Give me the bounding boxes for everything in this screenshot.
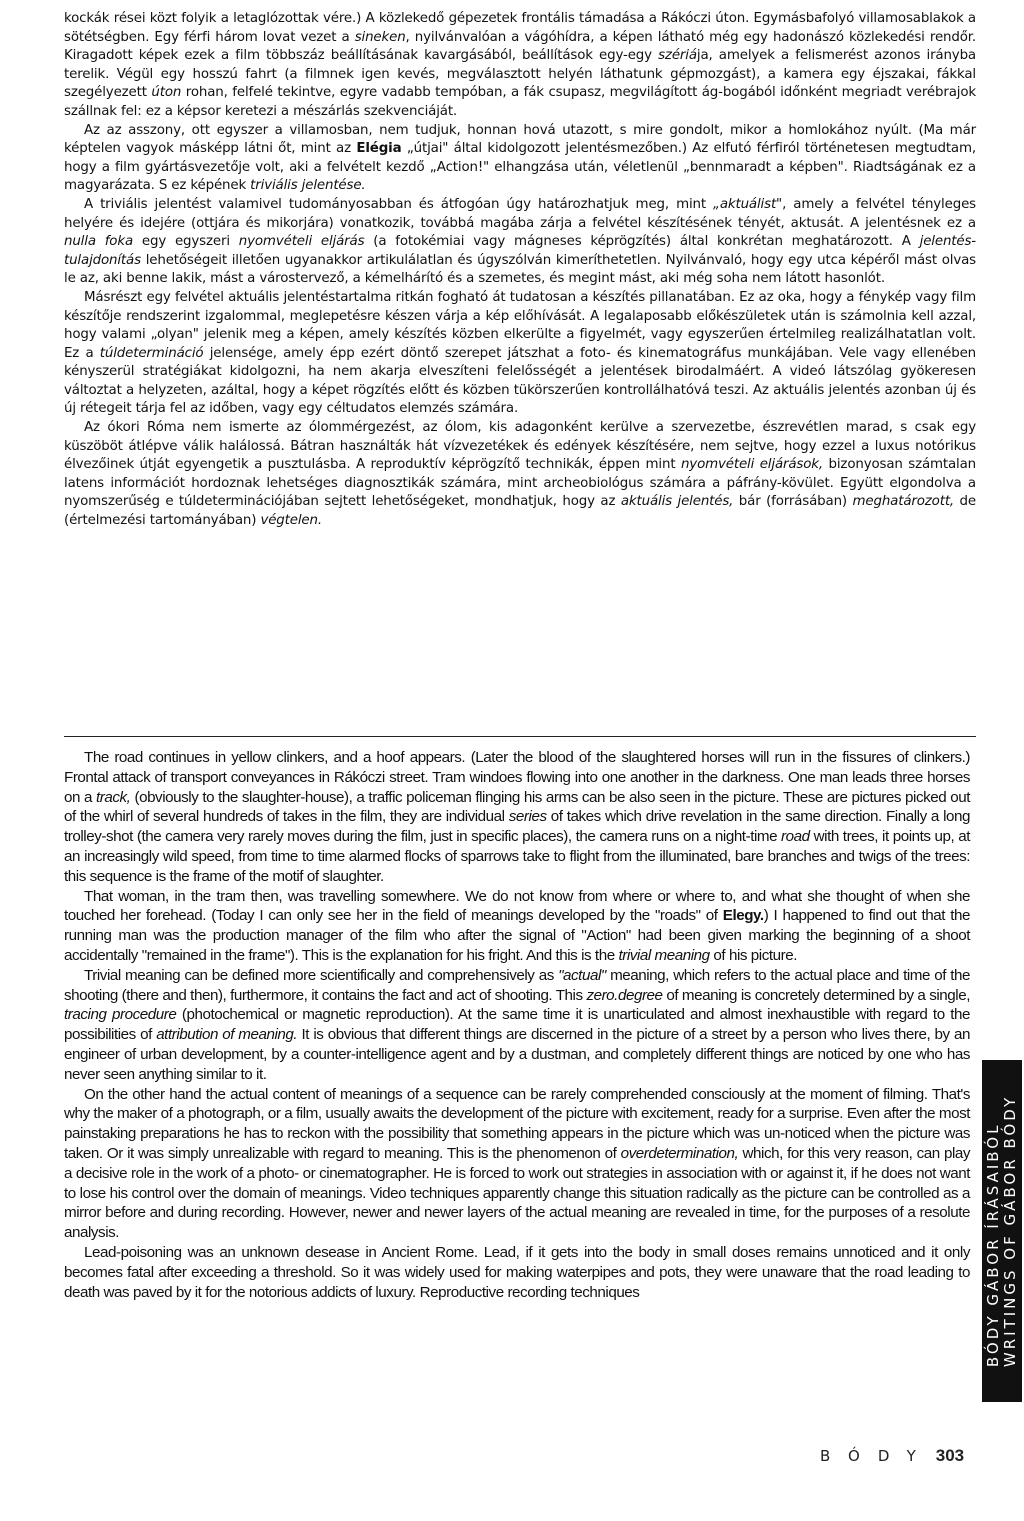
paragraph: Trivial meaning can be defined more scie… <box>64 966 970 1085</box>
text-run: A triviális jelentést valamivel tudomány… <box>84 197 713 212</box>
paragraph: That woman, in the tram then, was travel… <box>64 887 970 966</box>
text-run: rohan, felfelé tekintve, egyre vadabb te… <box>64 85 976 119</box>
text-run: Trivial meaning can be defined more scie… <box>84 967 558 984</box>
emphasis: road <box>781 828 810 845</box>
text-run: bár (forrásában) <box>733 494 852 509</box>
emphasis: tracing procedure <box>64 1006 176 1023</box>
emphasis: series <box>509 808 547 825</box>
emphasis: track, <box>96 789 130 806</box>
side-tab-label: BÓDY GÁBOR ÍRÁSAIBÓL WRITINGS OF GÁBOR B… <box>985 1095 1019 1367</box>
side-thumb-tab: BÓDY GÁBOR ÍRÁSAIBÓL WRITINGS OF GÁBOR B… <box>982 1060 1022 1402</box>
running-head: BÓDY <box>820 1447 934 1465</box>
emphasis: úton <box>151 85 181 100</box>
emphasis: szériá <box>658 48 697 63</box>
hungarian-text-block: kockák rései közt folyik a letaglózottak… <box>64 10 976 531</box>
emphasis: „aktuálist" <box>713 197 782 212</box>
emphasis: zero.degree <box>586 987 662 1004</box>
text-run: Lead-poisoning was an unknown desease in… <box>64 1244 970 1301</box>
paragraph: kockák rései közt folyik a letaglózottak… <box>64 10 976 122</box>
page-footer: BÓDY 303 <box>820 1446 964 1466</box>
section-divider <box>64 736 976 737</box>
emphasis: végtelen. <box>260 513 322 528</box>
emphasis: attribution of meaning. <box>156 1026 297 1043</box>
emphasis: nulla foka <box>64 234 133 249</box>
english-text-block: The road continues in yellow clinkers, a… <box>64 748 970 1302</box>
paragraph: Az ókori Róma nem ismerte az ólommérgezé… <box>64 419 976 531</box>
emphasis: triviális jelentése. <box>250 178 365 193</box>
emphasis: "actual" <box>558 967 606 984</box>
paragraph: Az az asszony, ott egyszer a villamosban… <box>64 122 976 196</box>
emphasis: overdetermination, <box>621 1145 739 1162</box>
paragraph: The road continues in yellow clinkers, a… <box>64 748 970 887</box>
title-reference: Elégia <box>356 141 401 156</box>
page-number: 303 <box>936 1446 964 1466</box>
emphasis: túldetermináció <box>100 346 204 361</box>
side-tab-line-hungarian: BÓDY GÁBOR ÍRÁSAIBÓL <box>985 1095 1002 1367</box>
emphasis: trivial meaning <box>618 947 709 964</box>
emphasis: sineken <box>355 30 406 45</box>
emphasis: nyomvételi eljárások, <box>681 457 823 472</box>
title-reference: Elegy. <box>723 907 764 924</box>
paragraph: Lead-poisoning was an unknown desease in… <box>64 1243 970 1302</box>
paragraph: A triviális jelentést valamivel tudomány… <box>64 196 976 289</box>
side-tab-line-english: WRITINGS OF GÁBOR BÓDY <box>1002 1095 1019 1367</box>
text-run: lehetőségeit illetően ugyanakkor artikul… <box>64 253 976 287</box>
text-run: of meaning is concretely determined by a… <box>663 987 970 1004</box>
paragraph: Másrészt egy felvétel aktuális jelentést… <box>64 289 976 419</box>
text-run: egy egyszeri <box>133 234 239 249</box>
paragraph: On the other hand the actual content of … <box>64 1085 970 1243</box>
emphasis: aktuális jelentés, <box>621 494 733 509</box>
text-run: (a fotokémiai vagy mágneses képrögzítés)… <box>364 234 919 249</box>
text-run: of his picture. <box>710 947 797 964</box>
emphasis: nyomvételi eljárás <box>239 234 365 249</box>
emphasis: meghatározott, <box>853 494 955 509</box>
